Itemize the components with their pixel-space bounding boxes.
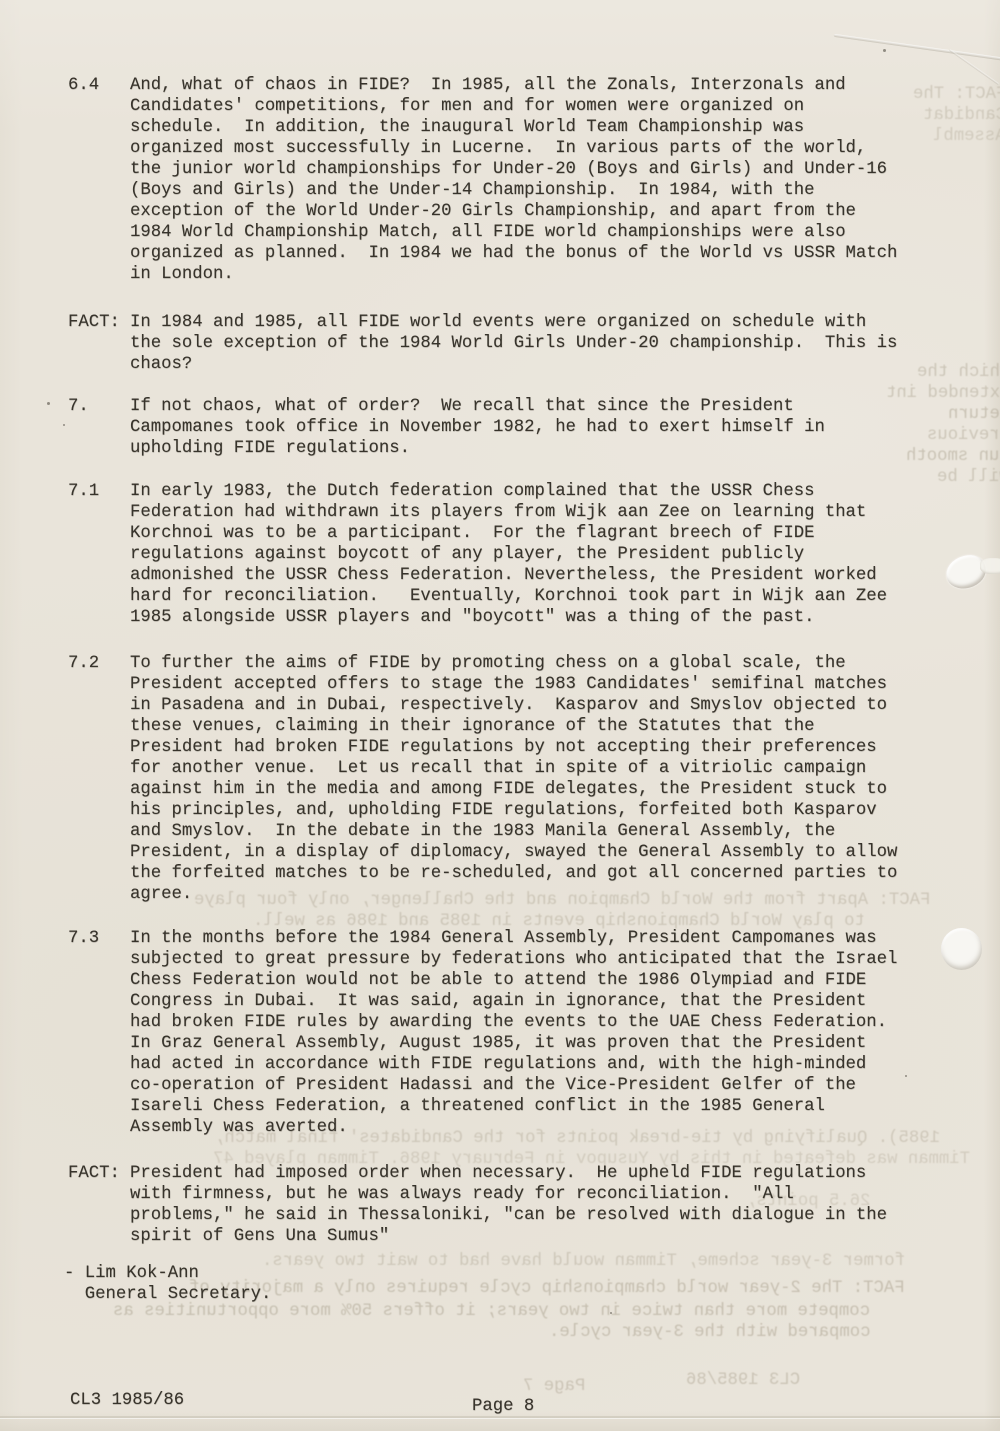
punch-hole-top-tear bbox=[980, 558, 1000, 574]
section-label: 7.3 bbox=[68, 928, 130, 949]
bleedthrough-text: which the bbox=[917, 362, 1000, 383]
footer-page-number: Page 8 bbox=[472, 1396, 534, 1417]
ink-speck bbox=[883, 49, 886, 52]
bleedthrough-text: previous bbox=[927, 425, 1000, 446]
signature-block: - Lim Kok-Ann General Secretary. bbox=[64, 1263, 271, 1305]
bleedthrough-text: Assembl bbox=[933, 126, 1000, 147]
bleedthrough-text: FACT: The 2-year world championship cycl… bbox=[189, 1278, 905, 1299]
section-label: FACT: bbox=[68, 1163, 130, 1184]
bleedthrough-text: Page 7 bbox=[523, 1376, 585, 1397]
section-label: FACT: bbox=[68, 312, 130, 333]
section-text: In the months before the 1984 General As… bbox=[130, 928, 897, 1138]
signature-text: - Lim Kok-Ann General Secretary. bbox=[64, 1263, 271, 1305]
ink-speck bbox=[47, 402, 50, 405]
ink-speck bbox=[610, 1312, 612, 1314]
section-71-3: 7.1In early 1983, the Dutch federation c… bbox=[68, 481, 887, 628]
crease-mark-bottom bbox=[0, 1416, 1000, 1418]
section-text: And, what of chaos in FIDE? In 1985, all… bbox=[130, 75, 897, 285]
punch-hole-bottom bbox=[941, 928, 982, 970]
section-text: President had imposed order when necessa… bbox=[130, 1163, 887, 1247]
bleedthrough-text: CL3 1985/86 bbox=[686, 1370, 800, 1391]
bleedthrough-text: Return bbox=[948, 404, 1000, 425]
section-FACT-1: FACT:In 1984 and 1985, all FIDE world ev… bbox=[68, 312, 897, 375]
section-label: 7.2 bbox=[68, 653, 130, 674]
section-64-0: 6.4And, what of chaos in FIDE? In 1985, … bbox=[68, 75, 897, 285]
ink-speck bbox=[905, 1075, 907, 1077]
bleedthrough-text: will be bbox=[937, 467, 1000, 488]
bleedthrough-text: compared with the 3-year cycle. bbox=[549, 1322, 870, 1343]
bleedthrough-text: Candidat bbox=[923, 105, 1000, 126]
footer-reference: CL3 1985/86 bbox=[70, 1390, 184, 1411]
bleedthrough-text: extended int bbox=[886, 383, 1000, 404]
section-FACT-6: FACT:President had imposed order when ne… bbox=[68, 1163, 887, 1247]
section-label: 6.4 bbox=[68, 75, 130, 96]
section-73-5: 7.3In the months before the 1984 General… bbox=[68, 928, 897, 1138]
bleedthrough-text: run smooth bbox=[906, 446, 1000, 467]
section-label: 7.1 bbox=[68, 481, 130, 502]
section-text: In early 1983, the Dutch federation comp… bbox=[130, 481, 887, 628]
ink-speck bbox=[63, 424, 65, 426]
crease-mark-top-right bbox=[834, 34, 1000, 61]
section-7-2: 7.If not chaos, what of order? We recall… bbox=[68, 396, 825, 459]
section-72-4: 7.2To further the aims of FIDE by promot… bbox=[68, 653, 897, 905]
scanned-document-page: { "document": { "sections": [ { "label":… bbox=[0, 0, 1000, 1431]
section-text: To further the aims of FIDE by promoting… bbox=[130, 653, 897, 905]
bleedthrough-text: former 3-year scheme, Timman would have … bbox=[262, 1251, 905, 1272]
section-text: In 1984 and 1985, all FIDE world events … bbox=[130, 312, 897, 375]
bleedthrough-text: FACT: The bbox=[913, 84, 1000, 105]
section-text: If not chaos, what of order? We recall t… bbox=[130, 396, 825, 459]
section-label: 7. bbox=[68, 396, 130, 417]
